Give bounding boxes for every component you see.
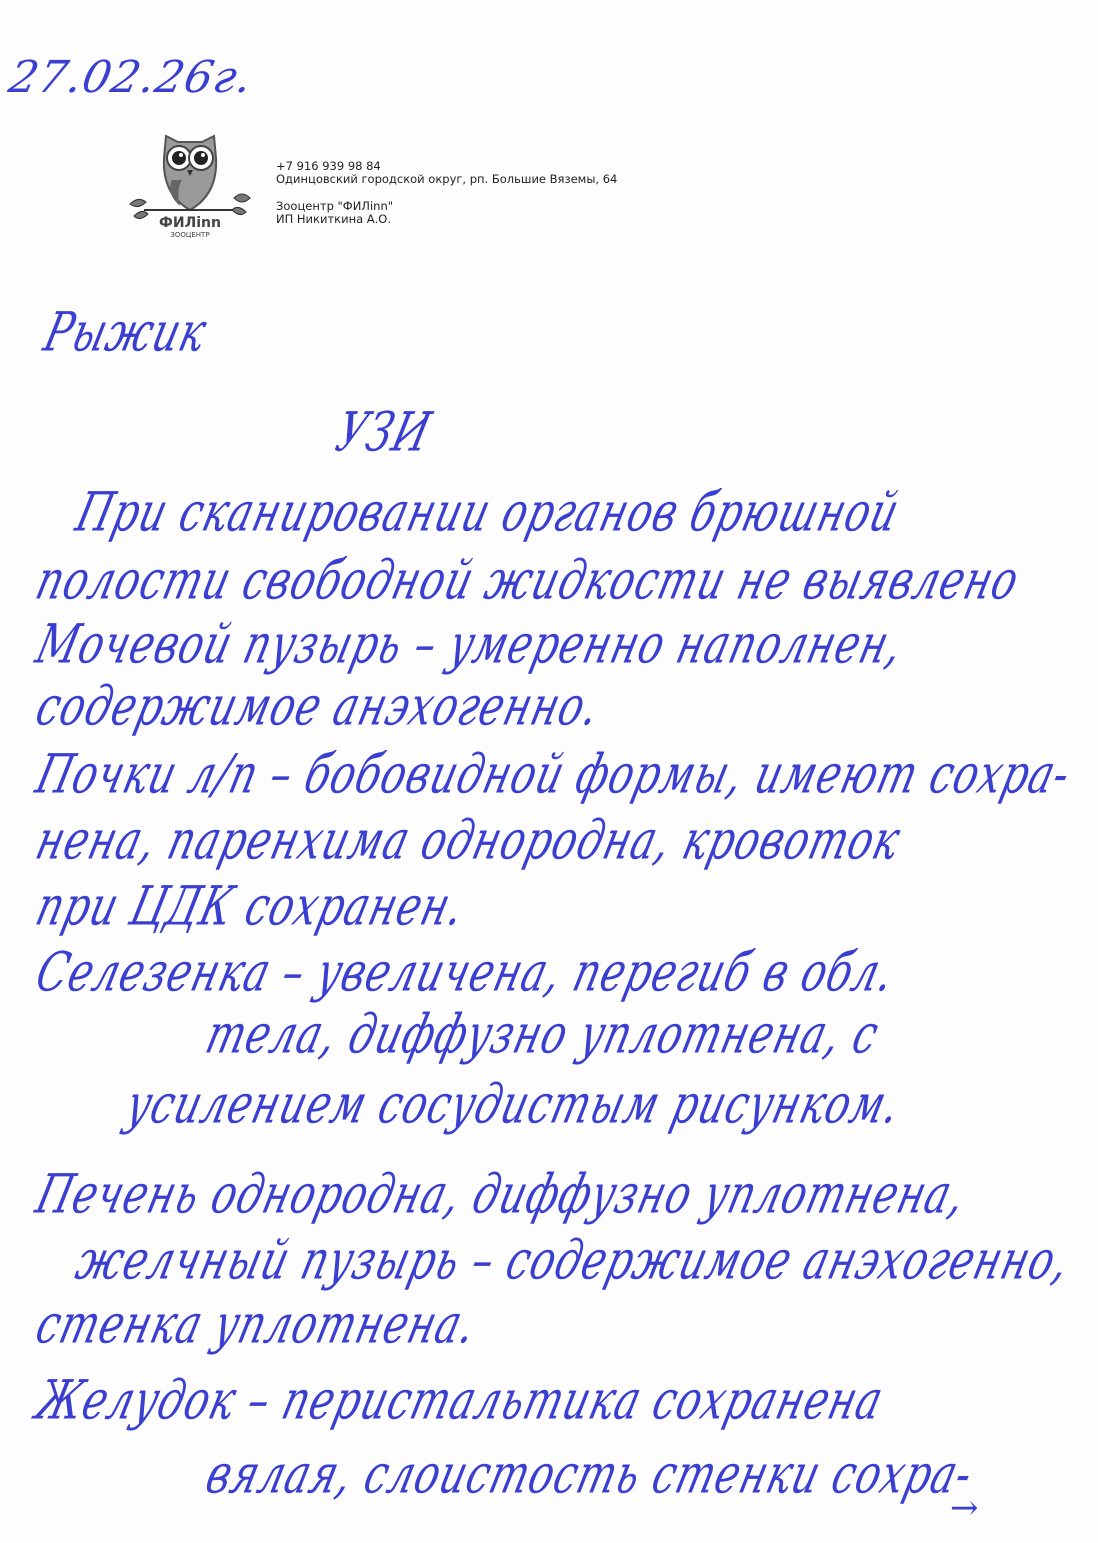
patient-name: Рыжик	[38, 302, 213, 364]
svg-text:ЗООЦЕНТР: ЗООЦЕНТР	[170, 231, 209, 238]
report-line: нена, паренхима однородна, кровоток	[30, 810, 907, 872]
report-line: желчный пузырь – содержимое анэхогенно,	[70, 1230, 1076, 1292]
clinic-owner: ИП Никиткина А.О.	[276, 213, 617, 226]
report-line: стенка уплотнена.	[30, 1294, 483, 1356]
scanned-document-page: 27.02.26г. ФИЛinn ЗООЦЕНТР +7 916 939 98…	[0, 0, 1098, 1543]
clinic-address: Одинцовский городской округ, рп. Большие…	[276, 173, 617, 186]
continuation-arrow-icon: →	[950, 1488, 980, 1528]
handwritten-date: 27.02.26г.	[5, 52, 258, 103]
report-line: Селезенка – увеличена, перегиб в обл.	[30, 942, 901, 1004]
owl-logo-icon: ФИЛinn ЗООЦЕНТР	[126, 128, 254, 238]
report-line: при ЦДК сохранен.	[30, 876, 471, 938]
svg-text:ФИЛinn: ФИЛinn	[159, 215, 221, 231]
report-line: содержимое анэхогенно.	[30, 676, 606, 738]
exam-heading: УЗИ	[330, 402, 437, 464]
report-line: Желудок – перистальтика сохранена	[30, 1370, 890, 1432]
report-line: Почки л/п – бобовидной формы, имеют сохр…	[30, 744, 1077, 806]
report-line: усилением сосудистым рисунком.	[120, 1074, 907, 1136]
report-line: При сканировании органов брюшной	[70, 482, 906, 544]
report-line: Печень однородна, диффузно уплотнена,	[30, 1164, 972, 1226]
report-line: Мочевой пузырь – умеренно наполнен,	[30, 614, 909, 676]
report-line: вялая, слоистость стенки сохра-	[200, 1444, 979, 1506]
clinic-logo: ФИЛinn ЗООЦЕНТР	[126, 128, 254, 238]
report-line: полости свободной жидкости не выявлено	[30, 550, 1025, 612]
clinic-letterhead: +7 916 939 98 84 Одинцовский городской о…	[276, 160, 617, 226]
report-line: тела, диффузно уплотнена, с	[200, 1004, 885, 1066]
